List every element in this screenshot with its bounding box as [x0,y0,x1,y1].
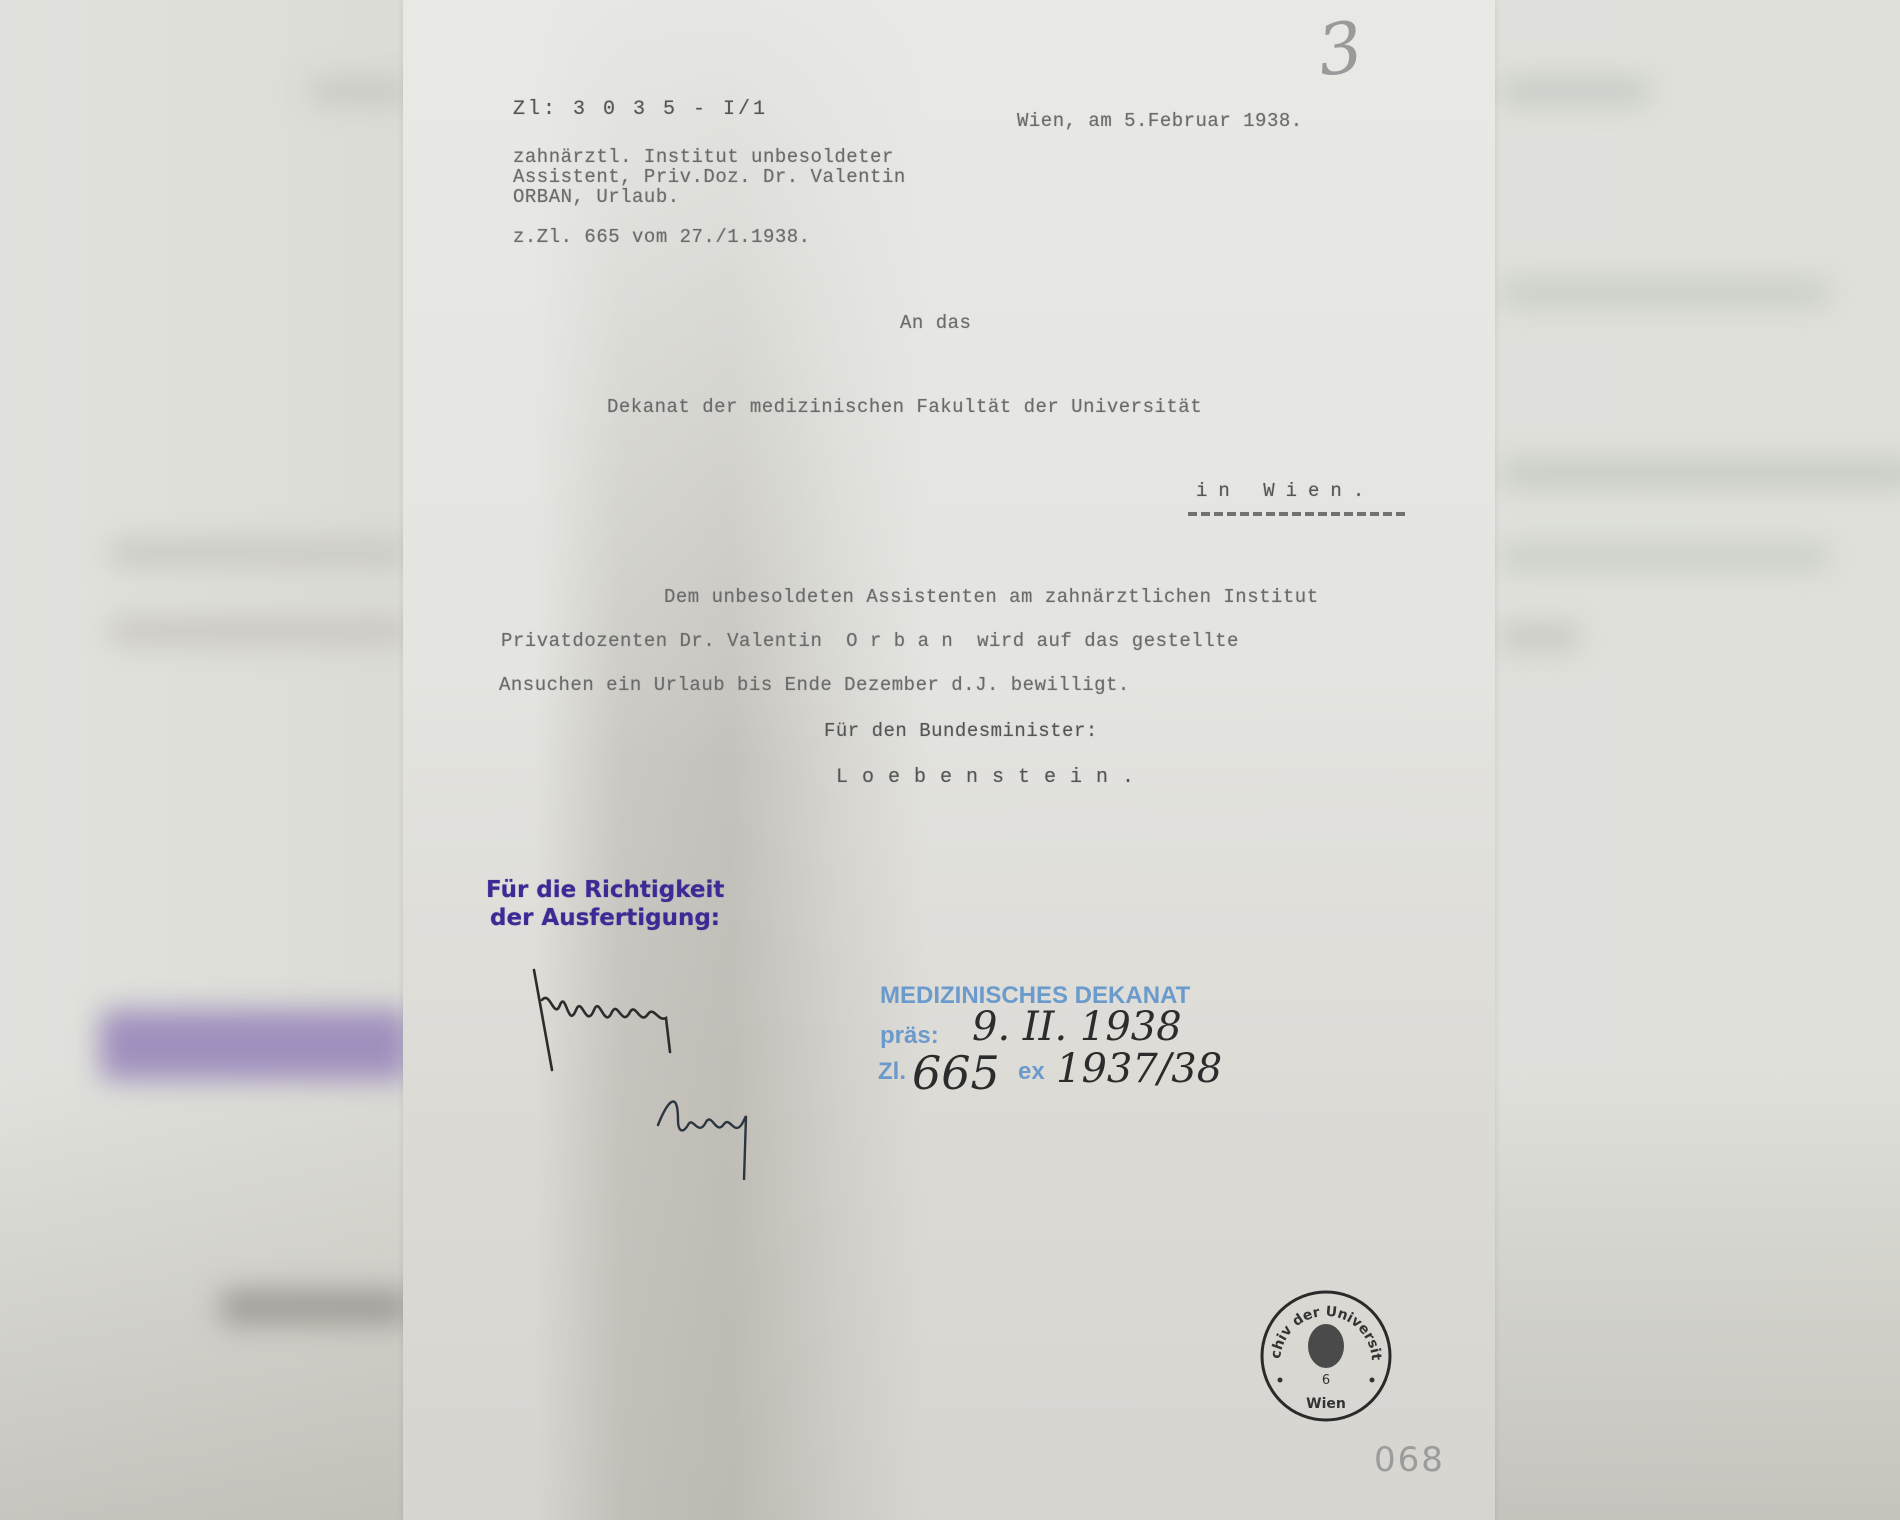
closing: Für den Bundesminister: [824,720,1098,742]
blur-text-band [1500,280,1830,306]
blur-text-band [110,540,410,566]
blur-text-band [1500,460,1900,486]
reference-number: Zl: 3 0 3 5 - I/1 [513,98,768,121]
prior-reference: z.Zl. 665 vom 27./1.1938. [513,226,811,248]
subject-line-1: zahnärztl. Institut unbesoldeter [513,146,894,168]
signatory: Loebenstein. [836,766,1148,789]
blur-text-band [1500,80,1650,102]
blur-signature-band [220,1290,410,1324]
blur-text-band [110,618,410,644]
subject-line-2: Assistent, Priv.Doz. Dr. Valentin [513,166,906,188]
dean-stamp-number-label: Zl. [878,1058,906,1086]
svg-text:Wien: Wien [1306,1396,1346,1412]
city-underline [1188,512,1408,516]
signature-1 [520,960,720,1090]
subject-line-3: ORBAN, Urlaub. [513,186,680,208]
recipient-city: in Wien. [1196,480,1375,502]
body-line-1: Dem unbesoldeten Assistenten am zahnärzt… [664,586,1319,608]
body-line-3: Ansuchen ein Urlaub bis Ende Dezember d.… [499,674,1130,696]
dean-stamp-number-value: 665 [912,1046,1000,1100]
blur-text-band [310,80,410,102]
svg-text:6: 6 [1322,1373,1330,1388]
blur-text-band [1500,545,1830,569]
place-date: Wien, am 5.Februar 1938. [1017,110,1303,132]
blur-violet-band [100,1010,410,1080]
recipient-office: Dekanat der medizinischen Fakultät der U… [607,396,1202,418]
certification-stamp-line-2: der Ausfertigung: [490,904,720,932]
dean-stamp-ex-label: ex [1018,1058,1045,1086]
archive-seal: Archiv der Universität 6 Wien [1258,1288,1394,1424]
signature-2 [648,1080,788,1180]
folio-number: 068 [1374,1440,1445,1480]
certification-stamp-line-1: Für die Richtigkeit [486,876,724,904]
dean-stamp-ex-value: 1937/38 [1056,1046,1222,1092]
blur-text-band [1500,625,1580,649]
recipient-salutation: An das [900,312,971,334]
dean-stamp-received-value: 9. II. 1938 [972,1004,1182,1050]
body-line-2: Privatdozenten Dr. Valentin O r b a n wi… [501,630,1239,652]
